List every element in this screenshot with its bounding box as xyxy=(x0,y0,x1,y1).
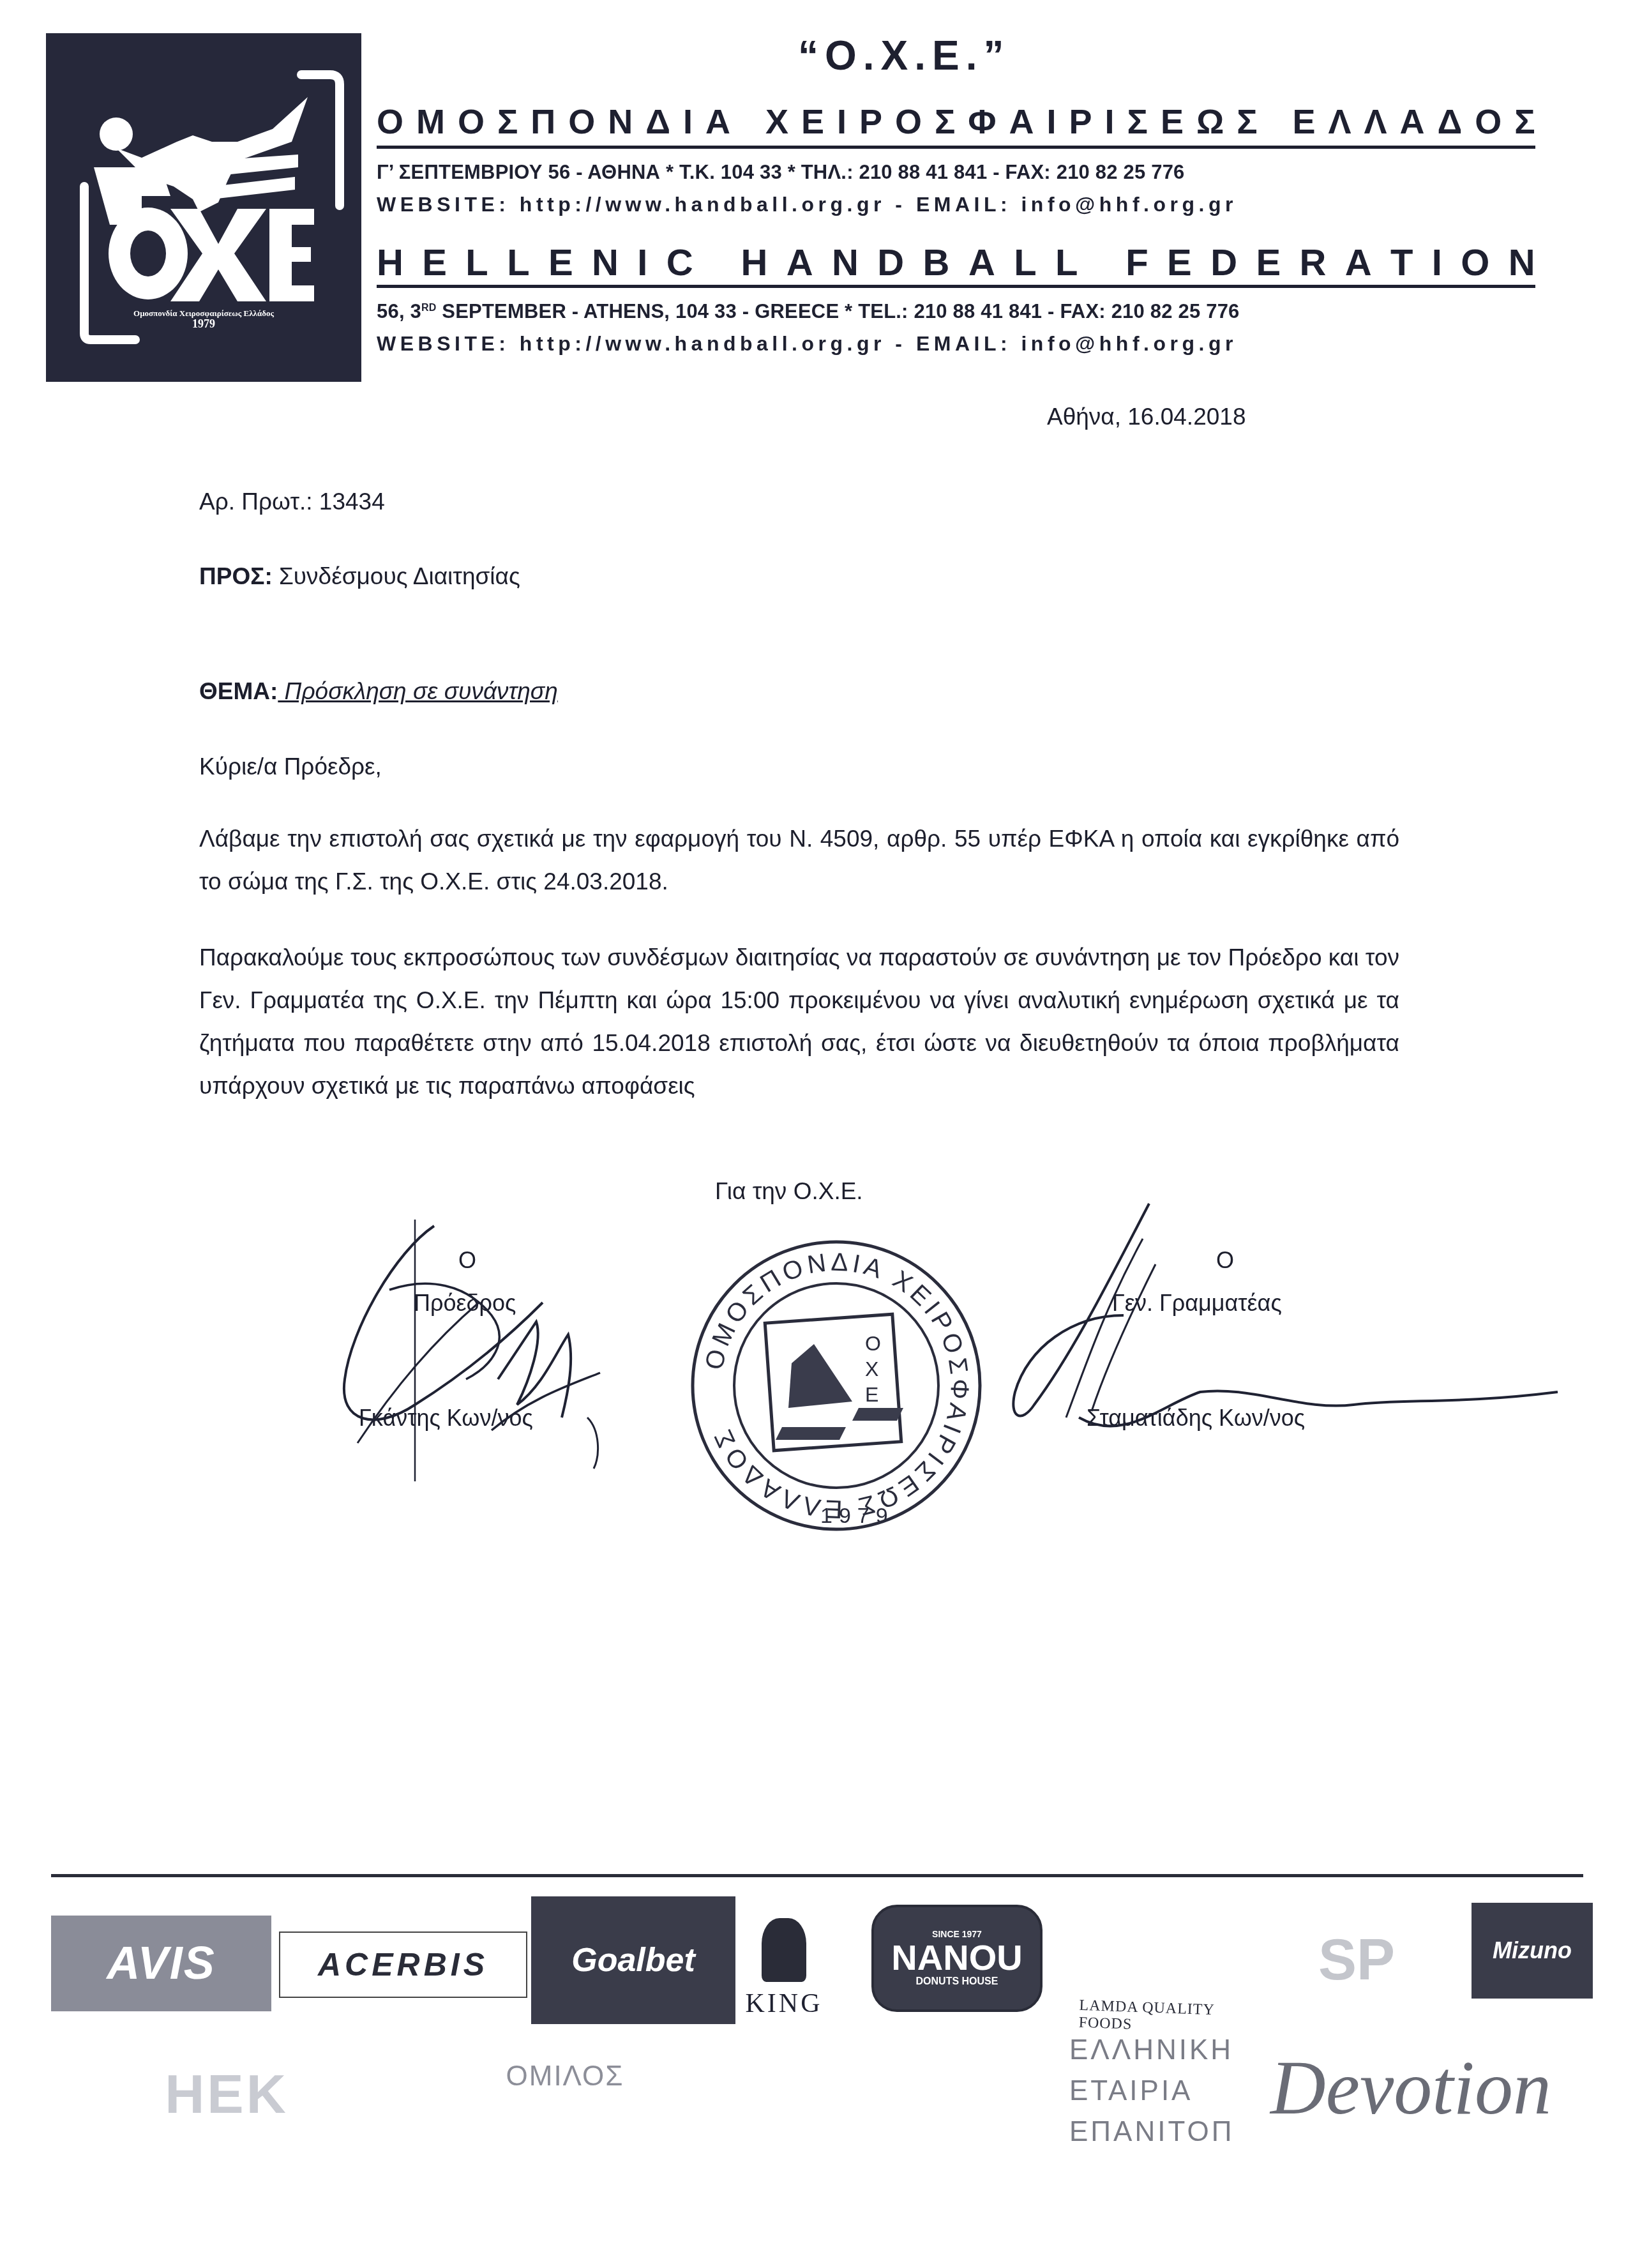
date-line: Αθήνα, 16.04.2018 xyxy=(1047,404,1246,430)
sponsor-logo-avis: AVIS xyxy=(51,1916,271,2011)
lion-icon xyxy=(762,1918,806,1982)
svg-text:1979: 1979 xyxy=(820,1504,894,1528)
sponsor-name: NANOU xyxy=(891,1940,1022,1976)
svg-text:Χ: Χ xyxy=(865,1357,878,1380)
sponsor-logo-devotion: Devotion xyxy=(1270,2037,1551,2139)
logo-caption: Ομοσπονδία Χειροσφαιρίσεως Ελλάδος 1979 xyxy=(46,308,361,329)
sponsor-name-line: ΕΛΛΗΝΙΚΗ xyxy=(1069,2030,1233,2071)
signatory-name: Σταματιάδης Κων/νος xyxy=(1087,1405,1305,1432)
logo-year: 1979 xyxy=(46,319,361,329)
federation-logo: Ομοσπονδία Χειροσφαιρίσεως Ελλάδος 1979 xyxy=(46,33,361,382)
header-divider xyxy=(377,146,1535,149)
recipient-line: ΠΡΟΣ: Συνδέσμους Διαιτησίας xyxy=(199,563,520,590)
federation-title-english: HELLENIC HANDBALL FEDERATION xyxy=(377,241,1535,284)
sponsor-logo-elliniki: ΕΛΛΗΝΙΚΗ ΕΤΑΙΡΙΑ ΕΠΑΝΙΤΟΠ xyxy=(1069,2027,1235,2155)
for-organization: Για την Ο.Χ.Ε. xyxy=(715,1178,863,1205)
sponsor-tagline: DONUTS HOUSE xyxy=(916,1976,998,1988)
footer-divider xyxy=(51,1874,1583,1877)
sponsor-name-line: ΕΤΑΙΡΙΑ xyxy=(1069,2071,1193,2112)
body-paragraph: Παρακαλούμε τους εκπροσώπους των συνδέσμ… xyxy=(199,936,1399,1107)
federation-title-greek: ΟΜΟΣΠΟΝΔΙΑ ΧΕΙΡΟΣΦΑΙΡΙΣΕΩΣ ΕΛΛΑΔΟΣ xyxy=(377,102,1535,142)
salutation: Κύριε/α Πρόεδρε, xyxy=(199,753,382,780)
body-paragraph: Λάβαμε την επιστολή σας σχετικά με την ε… xyxy=(199,817,1399,903)
contact-greek: WEBSITE: http://www.handball.org.gr - EM… xyxy=(377,193,1539,216)
subject-line: ΘΕΜΑ: Πρόσκληση σε συνάντηση xyxy=(199,678,558,705)
sponsor-logo-mizuno: Mizuno xyxy=(1472,1903,1593,1999)
official-stamp: ΟΜΟΣΠΟΝΔΙΑ ΧΕΙΡΟΣΦΑΙΡΙΣΕΩΣ ΕΛΛΑΔΟΣ Ο Χ Ε… xyxy=(686,1236,986,1536)
sponsor-logo-sp: SP xyxy=(1286,1909,1427,2011)
sponsor-logo-omilos: ΟΜΙΛΟΣ xyxy=(501,2057,629,2096)
address-english: 56, 3RD SEPTEMBER - ATHENS, 104 33 - GRE… xyxy=(377,300,1539,323)
signatory-role: Γεν. Γραμματέας xyxy=(1112,1290,1282,1317)
signatory-title: Ο xyxy=(458,1247,476,1274)
sponsor-logo-nanou: SINCE 1977 NANOU DONUTS HOUSE xyxy=(871,1905,1043,2012)
sponsor-name-line: ΕΠΑΝΙΤΟΠ xyxy=(1069,2112,1235,2152)
svg-text:Ο: Ο xyxy=(865,1332,881,1355)
address-greek: Γ’ ΣΕΠΤΕΜΒΡΙΟΥ 56 - ΑΘΗΝΑ * Τ.Κ. 104 33 … xyxy=(377,161,1539,184)
recipient-value: Συνδέσμους Διαιτησίας xyxy=(273,563,520,589)
president-signature-icon xyxy=(300,1213,658,1481)
protocol-number: Αρ. Πρωτ.: 13434 xyxy=(199,488,385,515)
sponsor-name: KING xyxy=(746,1988,823,2019)
svg-text:Ε: Ε xyxy=(865,1383,878,1406)
sponsor-logo-king: KING xyxy=(746,1909,822,2027)
signatory-role: Πρόεδρος xyxy=(414,1290,516,1317)
federation-abbreviation: “Ο.Χ.Ε.” xyxy=(798,32,964,79)
sponsor-logo-hek: HEK xyxy=(147,2056,306,2133)
sponsor-logo-goalbet: Goalbet xyxy=(531,1896,735,2024)
signatory-name: Γκάντης Κων/νος xyxy=(359,1405,533,1432)
contact-english: WEBSITE: http://www.handball.org.gr - EM… xyxy=(377,332,1539,356)
subject-value: Πρόσκληση σε συνάντηση xyxy=(278,678,557,704)
signatory-title: Ο xyxy=(1216,1247,1234,1274)
sponsor-logo-acerbis: ACERBIS xyxy=(279,1932,527,1998)
subject-label: ΘΕΜΑ: xyxy=(199,678,278,704)
header-divider xyxy=(377,285,1535,288)
recipient-label: ΠΡΟΣ: xyxy=(199,563,273,589)
